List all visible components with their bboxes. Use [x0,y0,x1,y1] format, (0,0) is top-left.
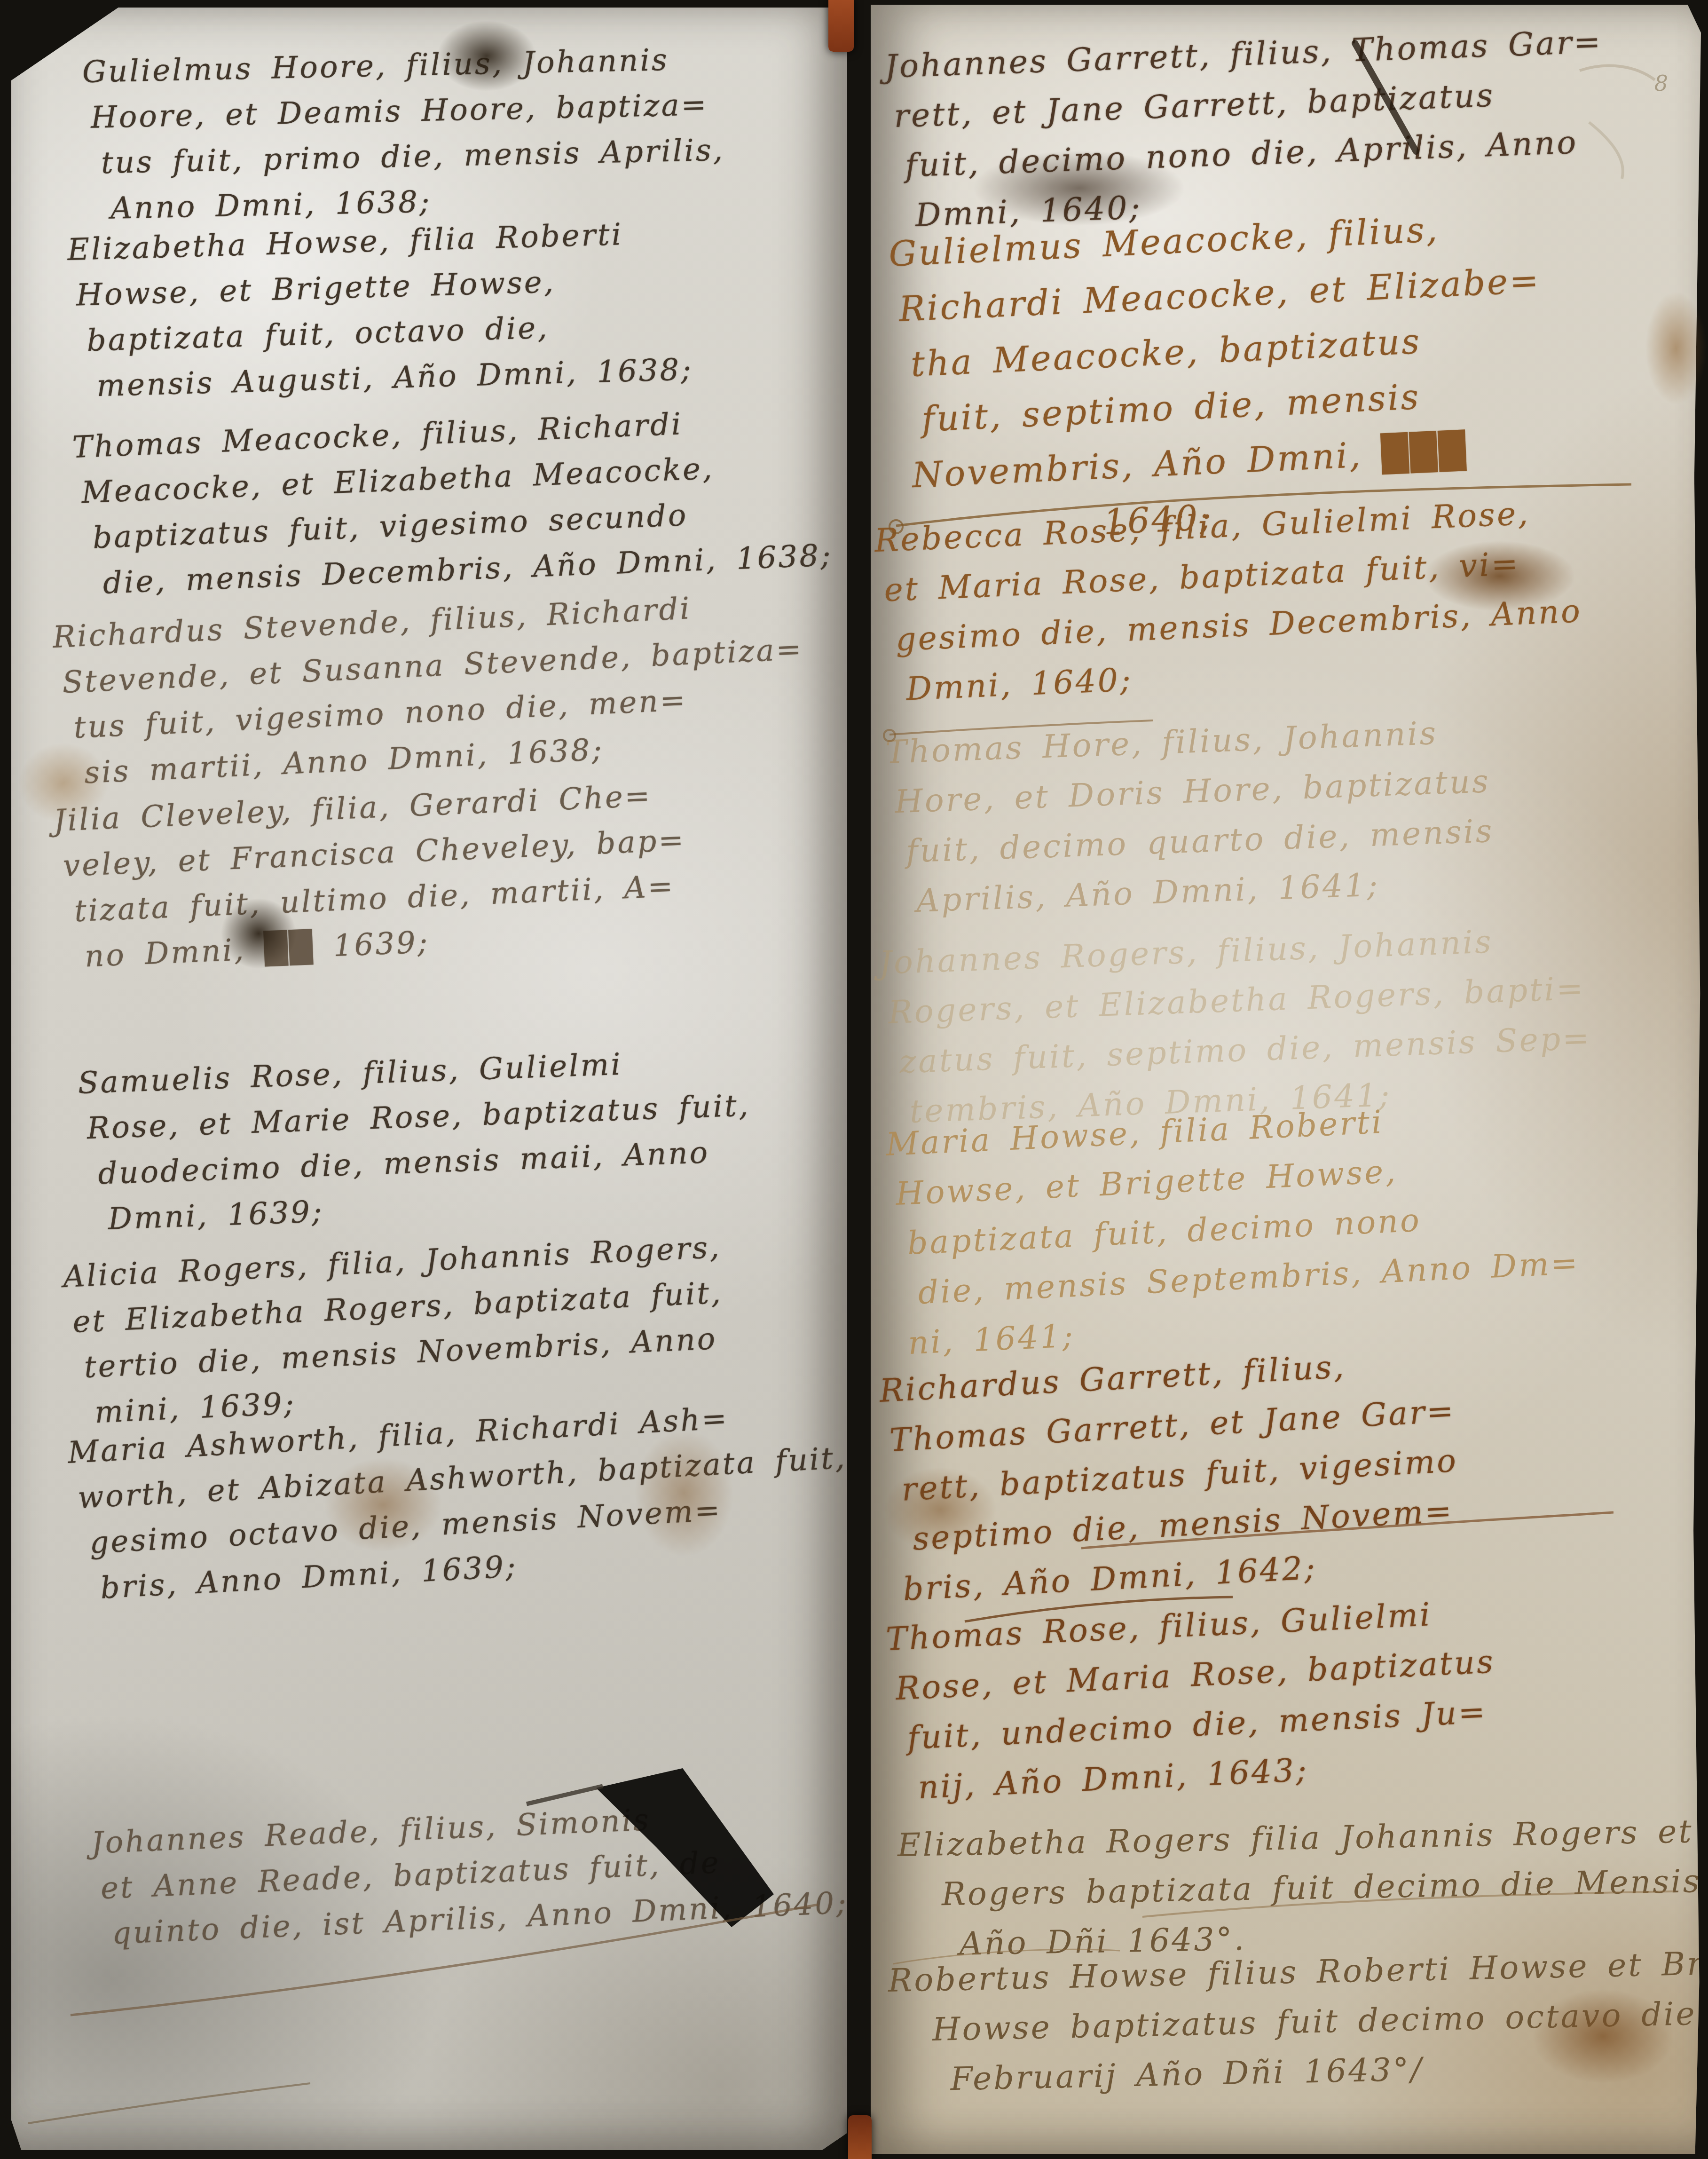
baptism-entry-hoore-1638: Gulielmus Hoore, filius, JohannisHoore, … [82,36,726,232]
baptism-entry-howse-1638: Elizabetha Howse, filia RobertiHowse, et… [67,210,693,410]
page-number: 8 [1654,71,1668,96]
right-page: 8 Johannes Garrett, filius, Thomas Gar=r… [871,5,1701,2154]
baptism-entry-hore-1641: Thomas Hore, filius, JohannisHore, et Do… [885,707,1496,927]
spine-leather-bottom [848,2115,872,2159]
baptism-entry-howse-1641: Maria Howse, filia RobertiHowse, et Brig… [885,1089,1583,1369]
baptism-entry-rose-1643: Thomas Rose, filius, GulielmiRose, et Ma… [885,1587,1501,1814]
baptism-entry-rose-1640: Rebecca Rose, filia, Gulielmi Rose,et Ma… [874,487,1585,715]
baptism-entry-stevende-1638: Richardus Stevende, filius, RichardiStev… [52,581,808,798]
left-page: Gulielmus Hoore, filius, JohannisHoore, … [11,8,847,2150]
baptism-entry-rose-1639: Samuelis Rose, filius, GulielmiRose, et … [77,1037,754,1243]
baptism-entry-cleveley-1639: Jilia Cleveley, filia, Gerardi Che=veley… [53,772,690,981]
baptism-entry-meacocke-1638: Thomas Meacocke, filius, RichardiMeacock… [71,396,833,607]
baptism-entry-howse-1643: Robertus Howse filius Roberti Howse et B… [888,1937,1701,2106]
spine-leather-top [828,0,854,52]
baptism-entry-reade-1640: Johannes Reade, filius, Simoniset Anne R… [90,1789,847,1958]
baptism-entry-garrett-1642: Richardus Garrett, filius,Thomas Garrett… [878,1337,1464,1615]
register-scan: Gulielmus Hoore, filius, JohannisHoore, … [0,0,1708,2159]
